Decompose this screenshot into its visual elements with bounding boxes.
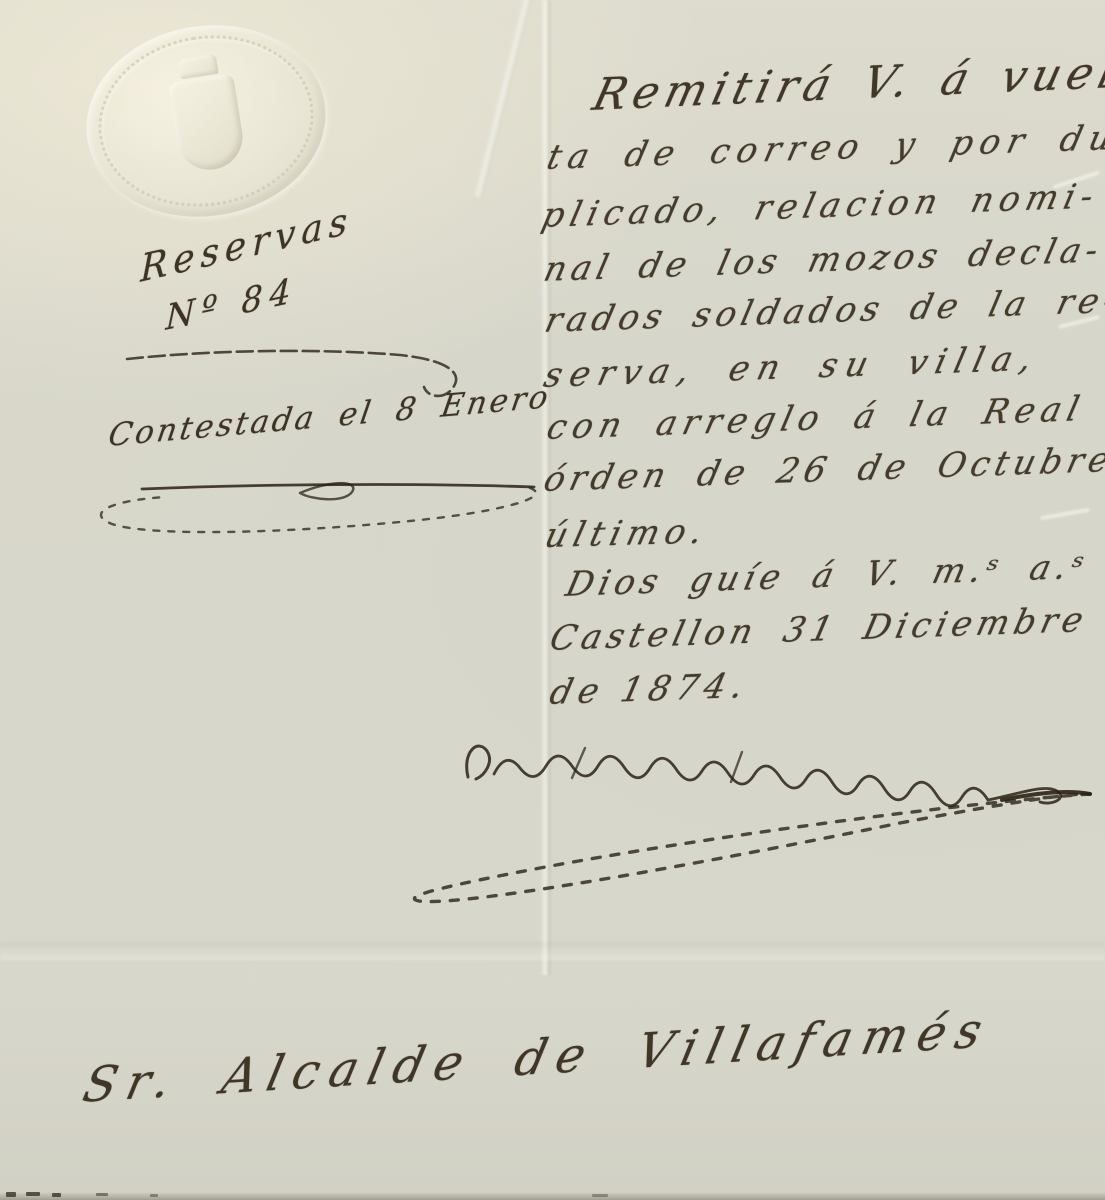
body-line: último. <box>541 511 713 556</box>
margin-reply-note: Contestada el 8 Enero <box>106 379 553 454</box>
scan-artifact-speck <box>96 1193 108 1196</box>
signature-flourish <box>494 756 1061 806</box>
signature-rubric-overlap <box>1002 792 1090 800</box>
scan-bottom-edge <box>0 1192 1105 1200</box>
body-line: Remitirá V. á vuel- <box>588 46 1105 121</box>
vertical-fold-crease-top <box>473 0 534 198</box>
scan-artifact-speck <box>26 1192 40 1196</box>
reply-rubric-knot <box>300 483 353 499</box>
scan-artifact-speck <box>6 1192 16 1197</box>
closing-line: de 1874. <box>546 666 753 713</box>
signature-rubric-ellipse <box>414 794 1090 902</box>
body-line: con arreglo á la Real <box>543 389 1089 448</box>
horizontal-fold-crease <box>0 942 1105 960</box>
embossed-seal-icon <box>73 8 340 233</box>
body-line: ta de correo y por du- <box>543 117 1105 178</box>
reply-rubric-line <box>142 485 534 489</box>
body-line: nal de los mozos decla- <box>540 230 1105 290</box>
scan-artifact-speck <box>150 1194 158 1197</box>
body-line: rados soldados de la re- <box>541 281 1105 341</box>
body-line: plicado, relacion nomi- <box>538 176 1103 236</box>
reply-rubric-loop <box>101 488 536 532</box>
signature-ascenders <box>572 748 742 782</box>
closing-line: Dios guíe á V. m.ˢ a.ˢ <box>562 546 1092 605</box>
body-line: serva, en su villa, <box>540 338 1044 396</box>
scan-artifact-speck <box>592 1194 608 1197</box>
paper-crease-streak <box>1040 508 1090 521</box>
body-line: órden de 26 de Octubre <box>540 440 1105 500</box>
signature-initial <box>467 746 490 779</box>
scanned-letter-page: Reservas Nº 84 Contestada el 8 Enero Rem… <box>0 0 1105 1200</box>
closing-line: Castellon 31 Diciembre <box>546 600 1092 659</box>
address-line: Sr. Alcalde de Villafamés <box>78 1002 997 1114</box>
margin-underline-flourish <box>127 351 456 396</box>
scan-artifact-speck <box>52 1193 61 1197</box>
